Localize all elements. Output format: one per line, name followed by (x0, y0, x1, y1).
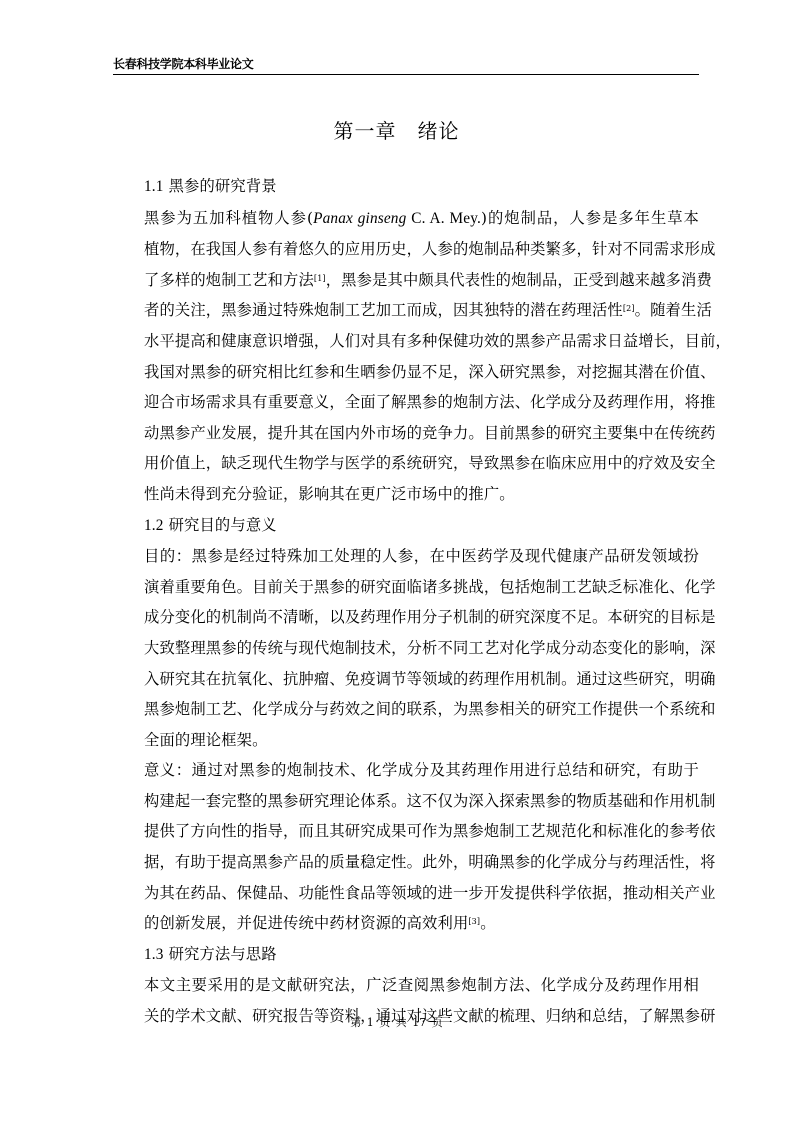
text-line: 黑参为五加科植物人参(Panax ginseng C. A. Mey.)的炮制品… (113, 203, 699, 235)
text-line: 提供了方向性的指导，而且其研究成果可作为黑参炮制工艺规范化和标准化的参考依 (113, 816, 699, 847)
text-line: 成分变化的机制尚不清晰，以及药理作用分子机制的研究深度不足。本研究的目标是 (113, 602, 699, 633)
text-line: 植物，在我国人参有着悠久的应用历史，人参的炮制品种类繁多，针对不同需求形成 (113, 234, 699, 265)
section-heading-1-2: 1.2 研究目的与意义 (113, 510, 699, 542)
text-line: 据，有助于提高黑参产品的质量稳定性。此外，明确黑参的化学成分与药理活性，将 (113, 847, 699, 878)
section-heading-1-3: 1.3 研究方法与思路 (113, 939, 699, 971)
text-line: 性尚未得到充分验证，影响其在更广泛市场中的推广。 (113, 479, 699, 510)
running-header: 长春科技学院本科毕业论文 (113, 56, 699, 72)
header-rule (113, 74, 699, 75)
text-line: 为其在药品、保健品、功能性食品等领域的进一步开发提供科学依据，推动相关产业 (113, 878, 699, 909)
citation-2[interactable]: [2] (623, 304, 635, 313)
paragraph-background: 黑参为五加科植物人参(Panax ginseng C. A. Mey.)的炮制品… (113, 203, 699, 510)
citation-3[interactable]: [3] (468, 917, 480, 926)
text-line: 我国对黑参的研究相比红参和生晒参仍显不足，深入研究黑参，对挖掘其潜在价值、 (113, 357, 699, 388)
page-number-footer: 第 1 页 共 17 页 (0, 1016, 793, 1030)
chapter-title: 第一章 绪论 (0, 117, 793, 145)
text-line: 意义：通过对黑参的炮制技术、化学成分及其药理作用进行总结和研究，有助于 (113, 755, 699, 786)
text-line: 水平提高和健康意识增强，人们对具有多种保健功效的黑参产品需求日益增长，目前， (113, 326, 699, 357)
document-body: 1.1 黑参的研究背景 黑参为五加科植物人参(Panax ginseng C. … (113, 171, 699, 1032)
text-line: 演着重要角色。目前关于黑参的研究面临诸多挑战，包括炮制工艺缺乏标准化、化学 (113, 572, 699, 603)
text-line: 黑参炮制工艺、化学成分与药效之间的联系，为黑参相关的研究工作提供一个系统和 (113, 694, 699, 725)
text-line: 构建起一套完整的黑参研究理论体系。这不仅为深入探索黑参的物质基础和作用机制 (113, 786, 699, 817)
paragraph-purpose: 目的：黑参是经过特殊加工处理的人参，在中医药学及现代健康产品研发领域扮 演着重要… (113, 541, 699, 755)
citation-1[interactable]: [1] (314, 274, 326, 283)
text-line: 本文主要采用的是文献研究法，广泛查阅黑参炮制方法、化学成分及药理作用相 (113, 970, 699, 1001)
text-line: 用价值上，缺乏现代生物学与医学的系统研究，导致黑参在临床应用中的疗效及安全 (113, 448, 699, 479)
text-line: 入研究其在抗氧化、抗肿瘤、免疫调节等领域的药理作用机制。通过这些研究，明确 (113, 664, 699, 695)
text-line: 者的关注，黑参通过特殊炮制工艺加工而成，因其独特的潜在药理活性[2]。随着生活 (113, 295, 699, 326)
text-line: 动黑参产业发展，提升其在国内外市场的竞争力。目前黑参的研究主要集中在传统药 (113, 418, 699, 449)
paragraph-significance: 意义：通过对黑参的炮制技术、化学成分及其药理作用进行总结和研究，有助于 构建起一… (113, 755, 699, 939)
section-heading-1-1: 1.1 黑参的研究背景 (113, 171, 699, 203)
text-line: 迎合市场需求具有重要意义，全面了解黑参的炮制方法、化学成分及药理作用，将推 (113, 387, 699, 418)
text-line: 的创新发展，并促进传统中药材资源的高效利用[3]。 (113, 908, 699, 939)
text-line: 了多样的炮制工艺和方法[1]，黑参是其中颇具代表性的炮制品，正受到越来越多消费 (113, 265, 699, 296)
text-line: 目的：黑参是经过特殊加工处理的人参，在中医药学及现代健康产品研发领域扮 (113, 541, 699, 572)
text-line: 全面的理论框架。 (113, 725, 699, 756)
text-line: 大致整理黑参的传统与现代炮制技术，分析不同工艺对化学成分动态变化的影响，深 (113, 633, 699, 664)
